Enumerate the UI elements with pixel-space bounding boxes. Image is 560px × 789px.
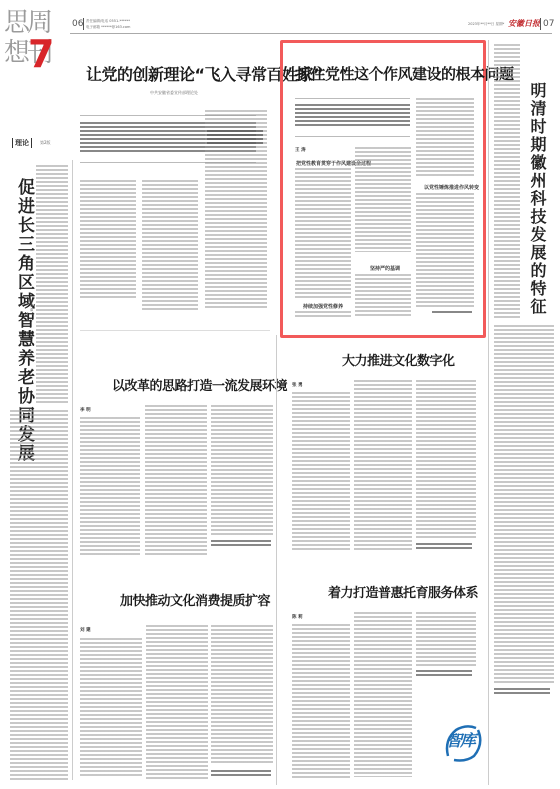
right-paper-name: 安徽日报 (508, 18, 540, 29)
article-7-col2 (146, 625, 208, 780)
article-7-headline: 加快推动文化消费提质扩容 (120, 590, 270, 609)
left-page-meta-1: 责任编辑/电话 0551-****** (86, 19, 130, 24)
article-7-byline: 刘 建 (80, 627, 91, 633)
article-5-col2 (145, 405, 207, 555)
article-8-byline: 陈 莉 (292, 614, 303, 620)
article-2-subhead-2: 持续加强党性修养 (303, 303, 343, 310)
article-2-col2 (355, 147, 411, 252)
article-6-col2 (354, 380, 412, 550)
article-2-col3 (416, 98, 474, 176)
article-2-headline: 抓住党性这个作风建设的根本问题 (296, 63, 514, 84)
article-3-col-bottom (494, 325, 554, 685)
article-5-byline: 李 明 (80, 407, 91, 413)
article-4-col-bottom (10, 410, 68, 780)
article-1-col1 (80, 180, 136, 300)
article-5-headline: 以改革的思路打造一流发展环境 (112, 375, 287, 394)
article-2-subhead-4: 以党性锤炼推进作风转变 (424, 184, 479, 191)
article-8-col3 (416, 612, 476, 667)
article-2-lead (295, 104, 410, 128)
article-1-col2 (142, 180, 198, 312)
left-page-number: 06 (72, 19, 83, 29)
brand-logo: 思周 想刊 7 (4, 8, 56, 118)
article-4-col-top (36, 165, 68, 403)
article-8-headline: 着力打造普惠托育服务体系 (328, 582, 478, 601)
article-8-col2 (354, 612, 412, 777)
article-5-col3 (211, 405, 273, 535)
zhiku-logo: 智库 (440, 720, 486, 766)
section-label: 理论 (15, 139, 29, 147)
article-6-col3 (416, 380, 476, 540)
article-2-byline: 王 涛 (295, 147, 306, 153)
article-1-byline: 中共安徽省委宣传部理论处 (150, 90, 198, 96)
article-5-col1 (80, 417, 140, 555)
article-3-headline: 明清时期徽州科技发展的特征 (526, 82, 549, 316)
right-page-number: 07 (543, 19, 554, 29)
header-rule (70, 33, 552, 34)
zhiku-logo-text: 智库 (446, 728, 474, 751)
article-2-col1 (295, 168, 351, 298)
right-page-meta: 2023年**月**日 星期* (468, 22, 504, 27)
article-2-subhead-3: 坚持严的基调 (370, 265, 400, 272)
article-6-col1 (292, 392, 350, 552)
article-7-col1 (80, 638, 142, 778)
left-page-meta-2: 电子邮箱 ******@163.com (86, 25, 130, 30)
article-6-byline: 张 勇 (292, 382, 303, 388)
article-6-headline: 大力推进文化数字化 (342, 350, 455, 369)
section-tag: 理论 (12, 138, 32, 148)
article-3-col-top (494, 44, 520, 319)
section-sub: 第2版 (40, 140, 51, 146)
brand-accent: 7 (28, 32, 54, 76)
article-7-col3 (211, 625, 273, 765)
article-8-col1 (292, 624, 350, 779)
